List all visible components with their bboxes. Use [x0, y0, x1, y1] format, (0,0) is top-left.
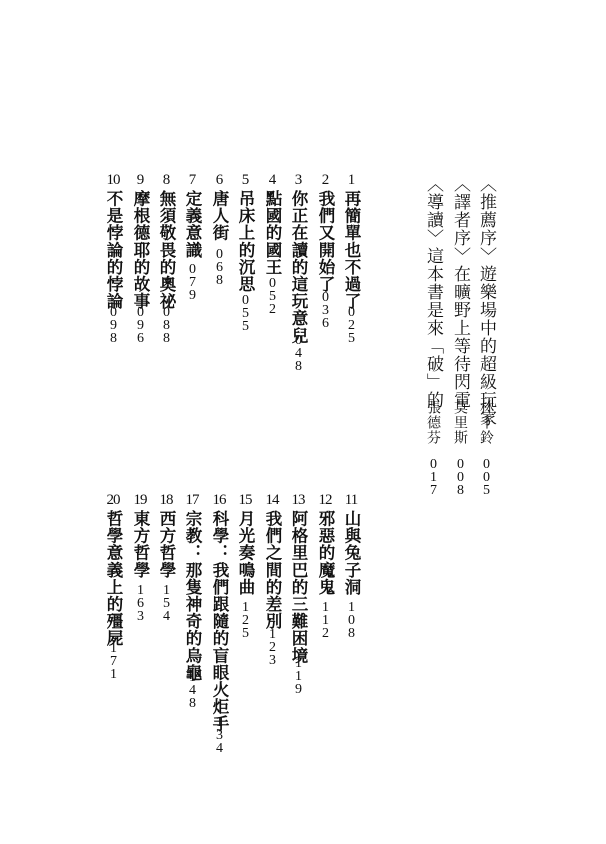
chapter-page-number: 108 — [343, 600, 359, 639]
chapter-page-number: 025 — [343, 305, 359, 344]
chapter-page-number: 154 — [158, 583, 174, 622]
chapter-page-number: 052 — [264, 276, 280, 315]
chapter-page-number: 055 — [237, 293, 253, 332]
chapter-title: 山與兔子洞 — [340, 510, 362, 596]
chapter-number: 4 — [261, 172, 283, 188]
chapter-page-number: 048 — [290, 333, 306, 372]
chapter-number: 12 — [314, 492, 336, 508]
chapter-title: 宗教：那隻神奇的烏龜 — [181, 510, 203, 681]
chapter-entry-4[interactable]: 4 點國的國王 — [261, 172, 283, 276]
chapter-number: 10 — [102, 172, 124, 188]
chapter-page-number: 163 — [132, 583, 148, 622]
chapter-page-number: 079 — [184, 262, 200, 301]
chapter-title: 不是悖論的悖論 — [102, 190, 124, 310]
preface-title: 〈推薦序〉遊樂場中的超級玩家 — [475, 175, 497, 427]
preface-title: 〈導讀〉這本書是來「破」的 — [422, 175, 444, 409]
chapter-entry-10[interactable]: 10 不是悖論的悖論 — [102, 172, 124, 310]
chapter-entry-17[interactable]: 17 宗教：那隻神奇的烏龜 — [181, 492, 203, 681]
chapter-number: 13 — [287, 492, 309, 508]
preface-page-number: 017 — [425, 457, 441, 496]
chapter-entry-3[interactable]: 3 你正在讀的這玩意兒 — [287, 172, 309, 344]
chapter-entry-18[interactable]: 18 西方哲學 — [155, 492, 177, 578]
chapter-page-number: 096 — [132, 305, 148, 344]
chapter-page-number: 112 — [317, 600, 333, 639]
chapter-title: 西方哲學 — [155, 510, 177, 578]
chapter-number: 20 — [102, 492, 124, 508]
chapter-entry-9[interactable]: 9 摩根德耶的故事 — [129, 172, 151, 310]
chapter-entry-11[interactable]: 11 山與兔子洞 — [340, 492, 362, 596]
chapter-entry-20[interactable]: 20 哲學意義上的殭屍 — [102, 492, 124, 647]
chapter-number: 2 — [314, 172, 336, 188]
chapter-entry-8[interactable]: 8 無須敬畏的奧祕 — [155, 172, 177, 310]
preface-entry-recommendation[interactable]: 〈推薦序〉遊樂場中的超級玩家 — [475, 175, 497, 427]
chapter-number: 11 — [340, 492, 362, 508]
chapter-title: 無須敬畏的奧祕 — [155, 190, 177, 310]
chapter-page-number: 123 — [264, 627, 280, 666]
chapter-number: 5 — [234, 172, 256, 188]
chapter-title: 我們之間的差別 — [261, 510, 283, 630]
chapter-title: 摩根德耶的故事 — [129, 190, 151, 310]
preface-page-number: 005 — [478, 457, 494, 496]
chapter-page-number: 098 — [105, 305, 121, 344]
chapter-number: 8 — [155, 172, 177, 188]
preface-author: 林千鈴 — [476, 400, 496, 445]
chapter-page-number: 134 — [211, 715, 227, 754]
chapter-page-number: 068 — [211, 247, 227, 286]
chapter-title: 哲學意義上的殭屍 — [102, 510, 124, 647]
chapter-title: 吊床上的沉思 — [234, 190, 256, 293]
chapter-number: 14 — [261, 492, 283, 508]
chapter-title: 邪惡的魔鬼 — [314, 510, 336, 596]
chapter-entry-5[interactable]: 5 吊床上的沉思 — [234, 172, 256, 293]
preface-title: 〈譯者序〉在曠野上等待閃電 — [449, 175, 471, 409]
chapter-page-number: 171 — [105, 641, 121, 680]
chapter-page-number: 148 — [184, 670, 200, 709]
chapter-title: 科學：我們跟隨的盲眼火炬手 — [208, 510, 230, 732]
preface-page-number: 008 — [452, 457, 468, 496]
chapter-number: 18 — [155, 492, 177, 508]
preface-author: 張德芬 — [423, 400, 443, 445]
chapter-title: 你正在讀的這玩意兒 — [287, 190, 309, 344]
chapter-number: 15 — [234, 492, 256, 508]
chapter-entry-1[interactable]: 1 再簡單也不過了 — [340, 172, 362, 310]
preface-author: 莫里斯 — [450, 400, 470, 445]
chapter-number: 16 — [208, 492, 230, 508]
chapter-entry-16[interactable]: 16 科學：我們跟隨的盲眼火炬手 — [208, 492, 230, 732]
chapter-title: 點國的國王 — [261, 190, 283, 276]
chapter-page-number: 036 — [317, 290, 333, 329]
chapter-number: 3 — [287, 172, 309, 188]
preface-entry-translator[interactable]: 〈譯者序〉在曠野上等待閃電 — [449, 175, 471, 409]
chapter-entry-2[interactable]: 2 我們又開始了 — [314, 172, 336, 293]
chapter-page-number: 125 — [237, 600, 253, 639]
chapter-number: 7 — [181, 172, 203, 188]
chapter-number: 17 — [181, 492, 203, 508]
chapter-page-number: 088 — [158, 305, 174, 344]
chapter-title: 我們又開始了 — [314, 190, 336, 293]
table-of-contents-page: 〈推薦序〉遊樂場中的超級玩家 林千鈴 005 〈譯者序〉在曠野上等待閃電 莫里斯… — [0, 0, 606, 844]
chapter-title: 定義意識 — [181, 190, 203, 258]
chapter-title: 阿格里巴的三難困境 — [287, 510, 309, 664]
chapter-entry-12[interactable]: 12 邪惡的魔鬼 — [314, 492, 336, 596]
chapter-entry-7[interactable]: 7 定義意識 — [181, 172, 203, 258]
chapter-entry-15[interactable]: 15 月光奏鳴曲 — [234, 492, 256, 596]
chapter-entry-6[interactable]: 6 唐人街 — [208, 172, 230, 241]
chapter-title: 東方哲學 — [129, 510, 151, 578]
chapter-title: 再簡單也不過了 — [340, 190, 362, 310]
chapter-entry-14[interactable]: 14 我們之間的差別 — [261, 492, 283, 630]
chapter-number: 19 — [129, 492, 151, 508]
chapter-entry-13[interactable]: 13 阿格里巴的三難困境 — [287, 492, 309, 664]
chapter-entry-19[interactable]: 19 東方哲學 — [129, 492, 151, 578]
preface-entry-introduction[interactable]: 〈導讀〉這本書是來「破」的 — [422, 175, 444, 409]
chapter-number: 9 — [129, 172, 151, 188]
chapter-page-number: 119 — [290, 656, 306, 695]
chapter-number: 6 — [208, 172, 230, 188]
chapter-title: 月光奏鳴曲 — [234, 510, 256, 596]
chapter-title: 唐人街 — [208, 190, 230, 241]
chapter-number: 1 — [340, 172, 362, 188]
